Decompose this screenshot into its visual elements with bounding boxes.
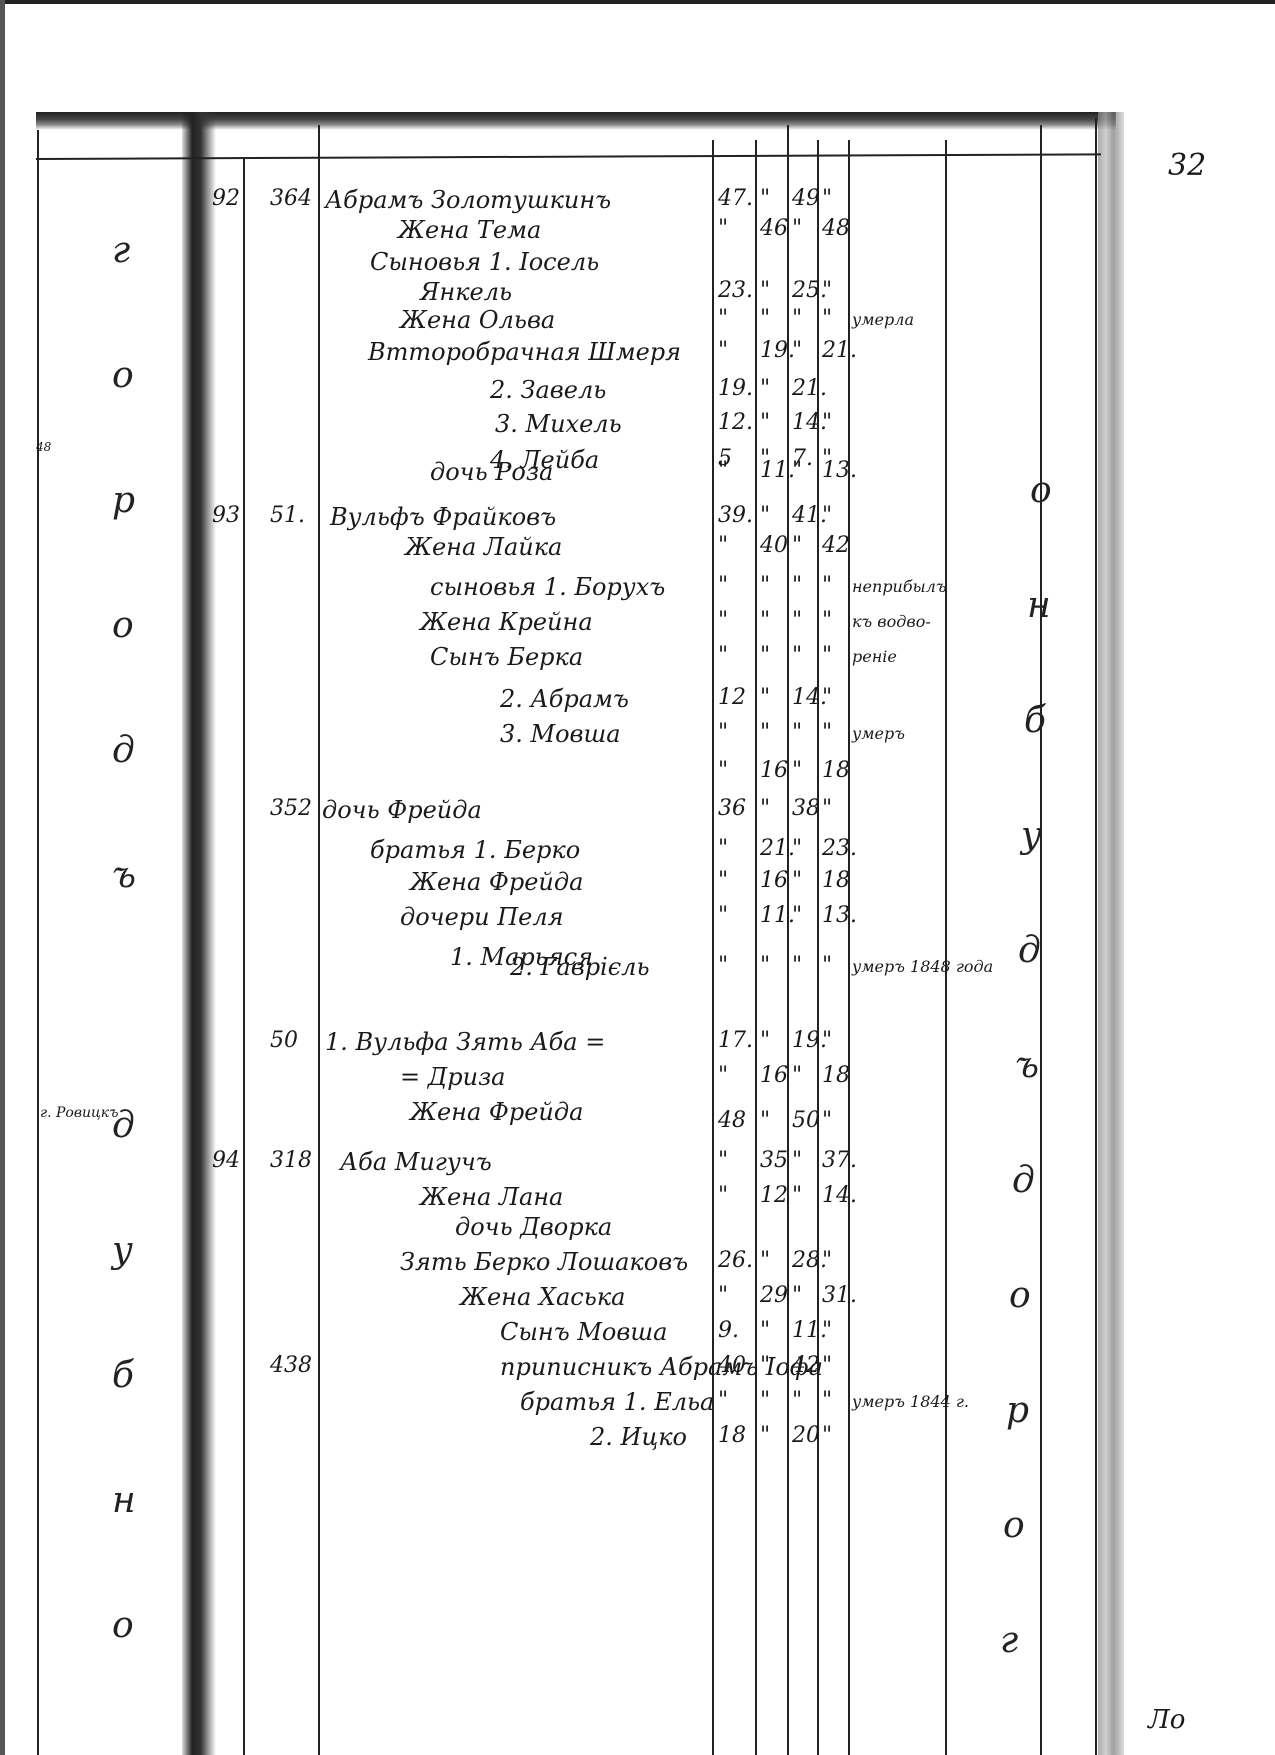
age-col-4: 18 [822,1065,850,1087]
margin-letter: н [1027,585,1051,626]
margin-letter: б [112,1355,134,1396]
age-col-2: " [760,645,770,667]
person-name: Жена Хаська [460,1285,625,1309]
age-col-1: 40 [718,1355,746,1377]
age-col-2: 12 [760,1185,788,1207]
remark: умеръ 1848 года [852,959,993,975]
age-col-4: " [822,1425,832,1447]
age-col-3: " [792,218,802,240]
age-col-1: 17. [718,1030,753,1052]
margin-letter: у [112,1230,133,1271]
margin-letter: д [112,730,135,771]
person-name: Янкель [420,280,512,304]
age-col-3: " [792,535,802,557]
person-name: братья 1. Берко [370,838,580,862]
person-name: Сынъ Берка [430,645,583,669]
person-name: 2. Гаврієль [510,955,650,979]
left-margin-note: г. Ровицкъ [40,1105,118,1121]
age-col-2: 16 [760,870,788,892]
column-rule [787,125,789,1755]
person-name: 2. Завель [490,378,606,402]
age-col-2: 46 [760,218,788,240]
margin-letter: д [112,1105,135,1146]
margin-letter: о [112,605,134,646]
age-col-2: 19. [760,340,795,362]
age-col-4: 37. [822,1150,857,1172]
age-col-3: " [792,760,802,782]
age-col-4: 31. [822,1285,857,1307]
person-name: дочь Роза [430,460,553,484]
age-col-3: " [792,722,802,744]
age-col-4: " [822,188,832,210]
age-col-1: " [718,838,728,860]
person-name: приписникъ Абрамъ Іофа [500,1355,823,1379]
age-col-1: 39. [718,505,753,527]
margin-letter: о [112,1605,134,1646]
age-col-2: " [760,687,770,709]
age-col-1: " [718,870,728,892]
age-col-2: " [760,1425,770,1447]
age-col-2: " [760,1390,770,1412]
age-col-2: " [760,378,770,400]
column-rule [712,140,714,1755]
age-col-3: " [792,870,802,892]
family-number: 92 [212,188,240,210]
age-col-1: 12 [718,687,746,709]
age-col-4: " [822,1390,832,1412]
person-name: = Дриза [400,1065,505,1089]
age-col-2: " [760,798,770,820]
age-col-2: " [760,280,770,302]
family-number: 93 [212,505,240,527]
age-col-4: 13. [822,905,857,927]
age-col-1: 12. [718,412,753,434]
age-col-1: 23. [718,280,753,302]
person-name: дочь Фрейда [322,798,482,822]
age-col-1: " [718,460,728,482]
margin-letter: у [1021,815,1042,856]
remark: умеръ [852,726,905,742]
person-name: Аба Мигучъ [340,1150,492,1174]
person-name: 2. Ицко [590,1425,687,1449]
margin-letter: н [112,1480,136,1521]
age-col-3: " [792,610,802,632]
person-name: 2. Абрамъ [500,687,629,711]
age-col-1: 36 [718,798,746,820]
remark: къ водво- [852,614,931,630]
person-name: Жена Крейна [420,610,593,634]
age-col-3: 49 [792,188,820,210]
age-col-4: " [822,1250,832,1272]
age-col-1: " [718,1150,728,1172]
column-rule [243,158,245,1755]
age-col-2: 16 [760,1065,788,1087]
margin-letter: д [1012,1160,1035,1201]
age-col-2: 11. [760,905,795,927]
age-col-4: " [822,308,832,330]
margin-letter: о [112,355,134,396]
record-number: 438 [270,1355,312,1377]
age-col-1: 9. [718,1320,739,1342]
age-col-4: " [822,722,832,744]
person-name: Сынъ Мовша [500,1320,667,1344]
margin-letter: б [1024,700,1046,741]
age-col-3: 20 [792,1425,820,1447]
record-number: 364 [270,188,312,210]
age-col-1: 26. [718,1250,753,1272]
age-col-2: " [760,188,770,210]
age-col-3: " [792,905,802,927]
age-col-4: 48 [822,218,850,240]
age-col-1: " [718,955,728,977]
person-name: Жена Фрейда [410,870,583,894]
age-col-4: 21. [822,340,857,362]
scan-left-border [0,0,5,1755]
age-col-4: " [822,280,832,302]
age-col-4: 23. [822,838,857,860]
age-col-4: " [822,645,832,667]
age-col-4: " [822,575,832,597]
age-col-4: " [822,1030,832,1052]
age-col-1: 48 [718,1110,746,1132]
age-col-1: 47. [718,188,753,210]
age-col-1: 18 [718,1425,746,1447]
remark: неприбылъ [852,579,947,595]
remark: реніе [852,649,897,665]
family-number: 94 [212,1150,240,1172]
margin-letter: р [112,480,135,521]
age-col-3: " [792,1065,802,1087]
age-col-1: " [718,645,728,667]
person-name: Жена Лайка [405,535,562,559]
margin-letter: ъ [112,855,136,896]
age-col-4: 42 [822,535,850,557]
age-col-1: " [718,760,728,782]
record-number: 318 [270,1150,312,1172]
person-name: 3. Мовша [500,722,621,746]
age-col-3: " [792,645,802,667]
age-col-3: " [792,838,802,860]
person-name: 1. Вульфа Зять Аба = [325,1030,605,1054]
age-col-4: 13. [822,460,857,482]
age-col-1: " [718,722,728,744]
binding-shadow [182,112,216,1755]
age-col-1: " [718,1285,728,1307]
page-number: 32 [1168,148,1206,183]
age-col-2: " [760,412,770,434]
margin-letter: о [1030,470,1052,511]
person-name: Абрамъ Золотушкинъ [325,188,611,212]
age-col-2: " [760,722,770,744]
column-rule [848,140,850,1755]
age-col-4: " [822,610,832,632]
column-rule [945,140,947,1755]
age-col-4: " [822,798,832,820]
margin-letter: р [1006,1390,1029,1431]
age-col-3: " [792,308,802,330]
age-col-1: " [718,308,728,330]
bottom-right-mark: Ло [1148,1705,1185,1735]
age-col-2: " [760,575,770,597]
age-col-3: " [792,1285,802,1307]
margin-letter: о [1003,1505,1025,1546]
age-col-2: 16 [760,760,788,782]
age-col-2: " [760,610,770,632]
person-name: сыновья 1. Борухъ [430,575,665,599]
margin-letter: г [112,230,130,271]
age-col-3: " [792,1185,802,1207]
left-margin-mark: 48 [36,440,51,454]
age-col-2: " [760,1250,770,1272]
age-col-3: " [792,575,802,597]
age-col-2: 11. [760,460,795,482]
column-rule [755,140,757,1755]
page-edge [1098,112,1124,1755]
age-col-3: " [792,955,802,977]
person-name: Сыновья 1. Іосель [370,250,599,274]
margin-letter: г [1000,1620,1018,1661]
person-name: Жена Ольва [400,308,555,332]
margin-letter: д [1018,930,1041,971]
age-col-1: " [718,610,728,632]
age-col-3: 50 [792,1110,820,1132]
age-col-4: " [822,687,832,709]
person-name: братья 1. Ельа [520,1390,714,1414]
person-name: Жена Лана [420,1185,563,1209]
column-rule [318,125,320,1755]
age-col-2: " [760,1320,770,1342]
age-col-3: 38 [792,798,820,820]
age-col-2: " [760,955,770,977]
age-col-1: " [718,340,728,362]
record-number: 352 [270,798,312,820]
age-col-1: " [718,1390,728,1412]
age-col-2: " [760,505,770,527]
age-col-2: " [760,308,770,330]
age-col-4: " [822,505,832,527]
age-col-2: 21. [760,838,795,860]
person-name: Втторобрачная Шмеря [368,340,681,364]
age-col-1: " [718,535,728,557]
record-number: 50 [270,1030,298,1052]
age-col-4: " [822,412,832,434]
person-name: Жена Тема [398,218,541,242]
remark: умеръ 1844 г. [852,1394,969,1410]
age-col-1: " [718,575,728,597]
age-col-2: " [760,1355,770,1377]
age-col-4: 14. [822,1185,857,1207]
age-col-1: " [718,1185,728,1207]
remark: умерла [852,312,914,328]
age-col-1: 19. [718,378,753,400]
age-col-3: " [792,340,802,362]
column-rule [37,130,39,1755]
age-col-4: " [822,1355,832,1377]
age-col-2: 29 [760,1285,788,1307]
age-col-4: 18 [822,870,850,892]
person-name: дочери Пеля [400,905,564,929]
age-col-1: " [718,1065,728,1087]
age-col-3: " [792,460,802,482]
person-name: Вульфъ Фрайковъ [330,505,556,529]
scan-top-border [0,0,1275,4]
margin-letter: о [1009,1275,1031,1316]
age-col-3: 42 [792,1355,820,1377]
age-col-1: " [718,905,728,927]
age-col-1: " [718,218,728,240]
age-col-4: 18 [822,760,850,782]
margin-letter: ъ [1015,1045,1039,1086]
age-col-2: 40 [760,535,788,557]
age-col-4: " [822,1320,832,1342]
age-col-2: 35 [760,1150,788,1172]
age-col-4: " [822,955,832,977]
age-col-4: " [822,1110,832,1132]
column-rule [1095,118,1097,1755]
person-name: дочь Дворка [455,1215,612,1239]
age-col-3: " [792,1150,802,1172]
record-number: 51. [270,505,305,527]
age-col-3: 21. [792,378,827,400]
age-col-2: " [760,1030,770,1052]
person-name: Зять Берко Лошаковъ [400,1250,688,1274]
person-name: 3. Михель [495,412,622,436]
person-name: Жена Фрейда [410,1100,583,1124]
age-col-3: " [792,1390,802,1412]
age-col-2: " [760,1110,770,1132]
